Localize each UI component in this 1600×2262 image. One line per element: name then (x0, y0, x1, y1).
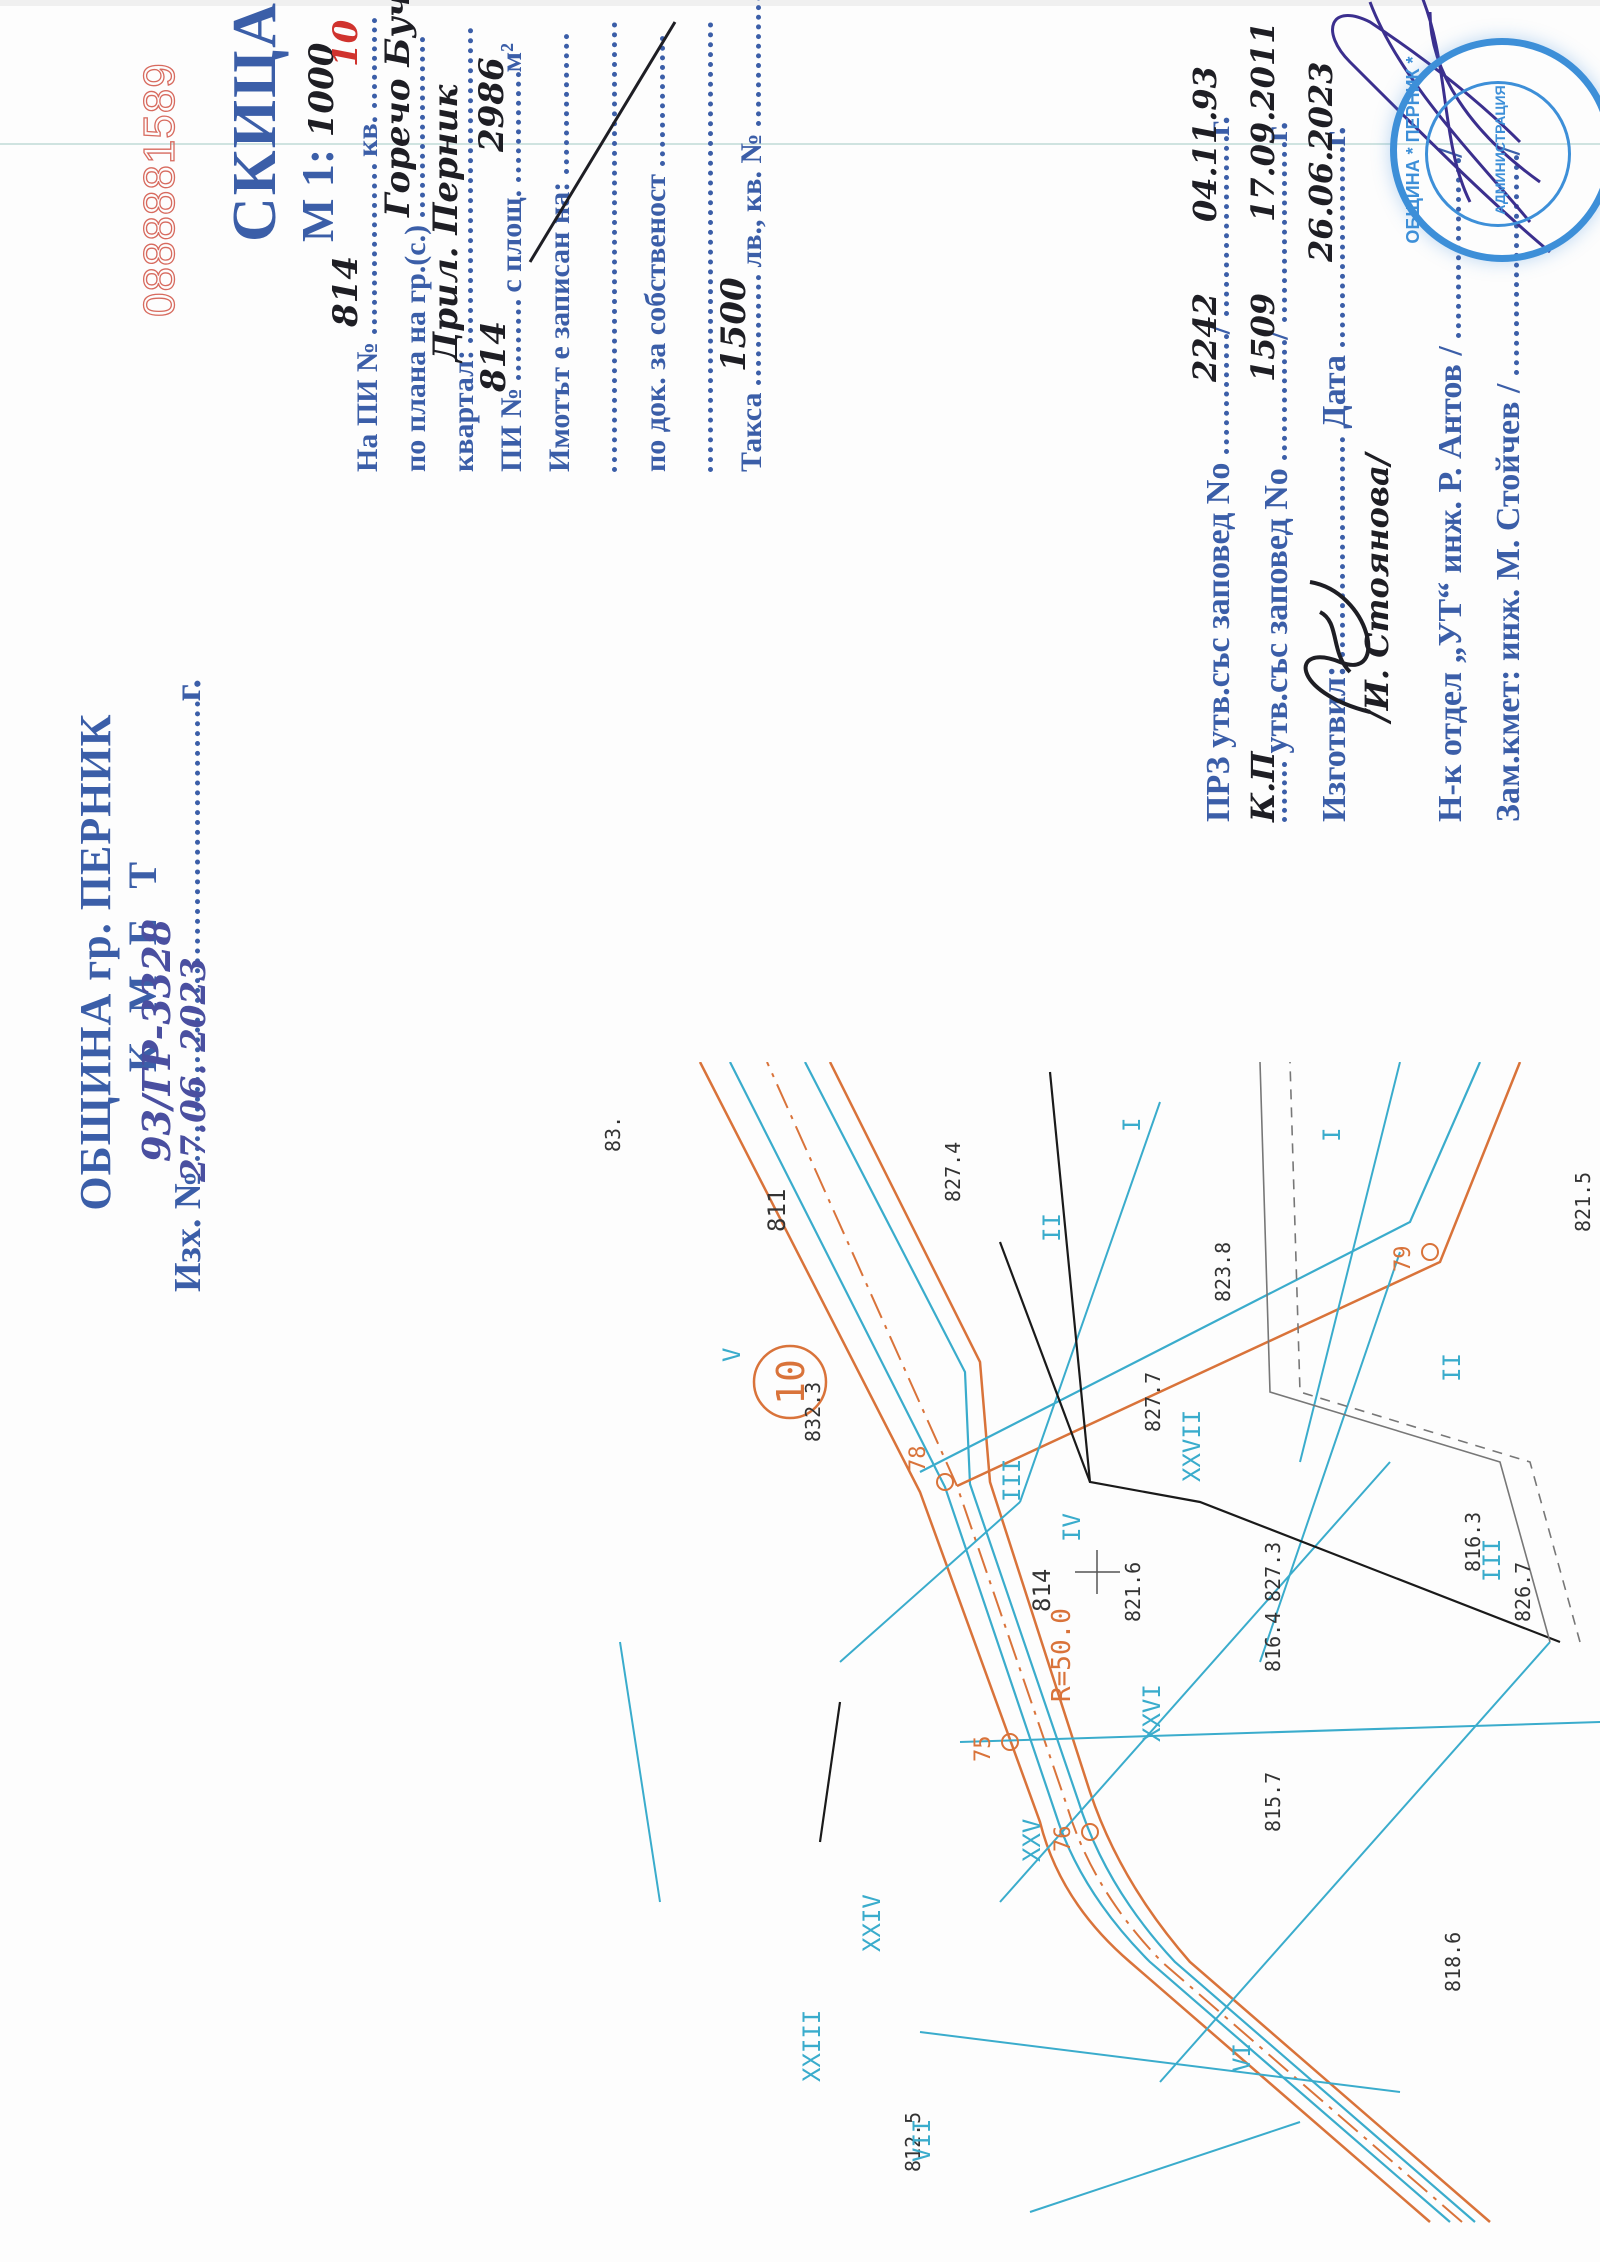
parcel-label: XXIV (858, 1894, 886, 1952)
field-suffix-label: лв., кв. № (735, 133, 768, 267)
elevation-label: 823.8 (1211, 1242, 1235, 1302)
parcel-label: II (1438, 1353, 1466, 1382)
field-registered-to: Имотът е записан на: (536, 12, 584, 472)
parcel-label: VI (1228, 2043, 1256, 2072)
scale-line: М 1: 1000 (291, 12, 344, 472)
property-id-label: 814 (1028, 1569, 1056, 1612)
block-number-value: 10 (322, 20, 370, 67)
parcel-boundaries (620, 1062, 1600, 2212)
scale-label: М 1: (292, 149, 343, 242)
parcel-label: III (1478, 1539, 1506, 1582)
road-point-label: 79 (1391, 1246, 1416, 1273)
cadastral-map: 10 814 811 R=50.0 75 76 78 79 821.5 823.… (400, 1062, 1600, 2262)
field-suffix-label: с площ. (495, 190, 528, 293)
parcel-label: VII (908, 2119, 936, 2162)
field-label: по док. за собственост (639, 174, 672, 472)
elevation-label: 827.4 (941, 1142, 965, 1202)
field-label: На ПИ № (351, 342, 384, 472)
deputy-mayor-label: Зам.кмет: инж. М. Стойчев / (1490, 384, 1527, 822)
crosshair-marker (1075, 1550, 1120, 1594)
dotted-fill (636, 36, 665, 166)
parcel-label: V (718, 1348, 746, 1362)
elevation-label: 832.3 (801, 1382, 825, 1442)
elevation-label: 818.6 (1441, 1932, 1465, 1992)
municipality-name: ОБЩИНА гр. ПЕРНИК (70, 612, 121, 1312)
field-label: ПИ № (495, 388, 528, 472)
parcel-label: I (1318, 1128, 1346, 1142)
parcel-label: I (1118, 1118, 1146, 1132)
outgoing-number-label: Изх. № (167, 1171, 209, 1292)
field-blank-1 (584, 12, 632, 472)
parcel-label: XXIII (798, 2010, 826, 2082)
elevation-label: 815.7 (1261, 1772, 1285, 1832)
road-point-markers (937, 1244, 1438, 1840)
official-stamp: ОБЩИНА * ПЕРНИК * АДМИНИСТРАЦИЯ (1390, 38, 1600, 262)
curve-radius-label: R=50.0 (1047, 1608, 1077, 1702)
date-label: Дата (1316, 355, 1353, 429)
road-point-label: 75 (971, 1736, 996, 1763)
field-label: Имотът е записан на: (543, 182, 576, 472)
parcel-label: II (1038, 1213, 1066, 1242)
area-value: 2986 (468, 57, 516, 152)
approval-label: ПРЗ утв.със заповед No (1200, 463, 1237, 822)
dotted-fill (684, 22, 713, 472)
elevation-label: 827.3 (1261, 1542, 1285, 1602)
sketch-block: СКИЦА М 1: 1000 На ПИ № кв. 814 10 по пл… (220, 12, 776, 472)
order-number: 1509 (1234, 293, 1292, 382)
road-point-label: 78 (906, 1446, 931, 1473)
year-suffix: г. (167, 679, 209, 701)
stamp-inner-text: АДМИНИСТРАЦИЯ (1492, 45, 1508, 255)
road-point-labels: 75 76 78 79 (906, 1246, 1416, 1853)
elevation-label: 821.5 (1571, 1172, 1595, 1232)
parcel-label: XXVII (1178, 1410, 1206, 1482)
prepared-by-name: /И. Стоянова/ (1348, 454, 1406, 722)
approval-label: утв.със заповед No (1258, 468, 1295, 753)
field-ownership-doc: по док. за собственост (632, 12, 680, 472)
parcel-label: III (998, 1459, 1026, 1502)
field-value: 814 (322, 256, 370, 327)
field-label: Такса (735, 393, 768, 472)
field-fee: Такса лв., кв. № 1500 (728, 12, 776, 472)
scanned-page: ОБЩИНА гр. ПЕРНИК К М Е Т Изх. № г. 93/Г… (0, 0, 1600, 2262)
order-date: 17.09.2011 (1234, 22, 1292, 222)
elevation-label: 816.4 (1261, 1612, 1285, 1672)
order-number: 2242 (1176, 293, 1234, 382)
parcel-label: IV (1058, 1513, 1086, 1542)
field-value: 814 (470, 321, 518, 392)
elevation-label: 827.7 (1141, 1372, 1165, 1432)
elevation-label: 826.7 (1511, 1562, 1535, 1622)
elevation-labels: 821.5 823.8 827.4 83. 832.3 827.7 827.3 … (601, 1116, 1595, 2172)
sketch-title: СКИЦА (220, 12, 291, 472)
plan-type: К.П (1234, 752, 1292, 822)
dotted-fill (588, 22, 617, 472)
road-point-label: 76 (1051, 1826, 1076, 1853)
field-value: Дрил. Перник (422, 85, 470, 362)
prepared-date: 26.06.2023 (1292, 62, 1350, 262)
dotted-fill (540, 34, 569, 174)
municipality-block: ОБЩИНА гр. ПЕРНИК К М Е Т Изх. № г. 93/Г… (70, 612, 210, 1312)
outgoing-date-value: 27.06. 2023 (174, 957, 214, 1182)
neighbor-id-label: 811 (763, 1189, 791, 1232)
field-pi-area: ПИ № с площ. м² 814 2986 (488, 12, 536, 472)
outgoing-number-value: 93/ГР-3328 (134, 919, 179, 1162)
outgoing-number-line: Изх. № г. 93/ГР-3328 27.06. 2023 (166, 612, 210, 1312)
dotted-fill (1314, 437, 1345, 657)
parcel-label: XXVI (1138, 1684, 1166, 1742)
elevation-label: 83. (601, 1116, 625, 1152)
fee-value: 1500 (710, 277, 758, 372)
watermark-phone: 0888881589 (135, 62, 185, 317)
order-date: 04.11.93 (1176, 66, 1234, 222)
elevation-label: 821.6 (1121, 1562, 1145, 1622)
field-blank-2 (680, 12, 728, 472)
department-head-label: Н-к отдел „УТ“ инж. Р. Антов / (1432, 346, 1469, 822)
dotted-fill (732, 0, 761, 126)
stamp-outer-text: ОБЩИНА * ПЕРНИК * (1403, 45, 1424, 255)
parcel-label: XXV (1018, 1819, 1046, 1862)
field-value: Горечо Бучено (374, 0, 422, 217)
rotated-document: ОБЩИНА гр. ПЕРНИК К М Е Т Изх. № г. 93/Г… (0, 0, 1600, 2262)
